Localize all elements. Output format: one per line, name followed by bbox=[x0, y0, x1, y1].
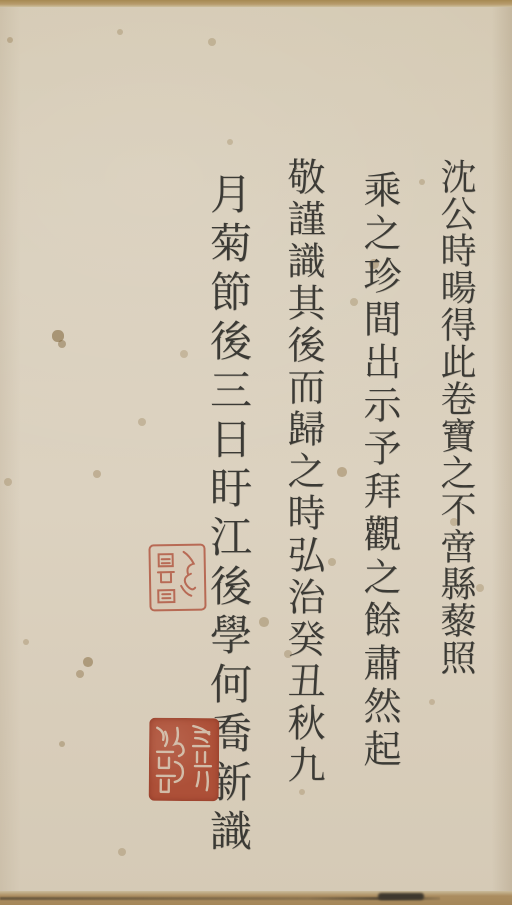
seal-stamp-lower bbox=[149, 718, 220, 802]
mounting-edge-line bbox=[0, 897, 440, 900]
text-column-3: 敬謹識其後而歸之時弘治癸丑秋九 bbox=[284, 157, 322, 787]
text-column-1: 沈公時暘得此卷寶之不啻縣藜照 bbox=[437, 158, 473, 676]
seal-stamp-upper bbox=[148, 544, 206, 612]
text-column-2: 乘之珍間出示予拜觀之餘肅然起 bbox=[360, 170, 398, 772]
mounting-strip-top bbox=[0, 0, 512, 7]
manuscript-page: 沈公時暘得此卷寶之不啻縣藜照 乘之珍間出示予拜觀之餘肅然起 敬謹識其後而歸之時弘… bbox=[0, 0, 512, 905]
mounting-dark-smudge bbox=[378, 893, 424, 900]
seal-script-icon bbox=[150, 546, 203, 609]
seal-script-icon bbox=[149, 718, 220, 802]
foxing-spots bbox=[0, 0, 4, 4]
mounting-strip-bottom bbox=[0, 891, 512, 905]
